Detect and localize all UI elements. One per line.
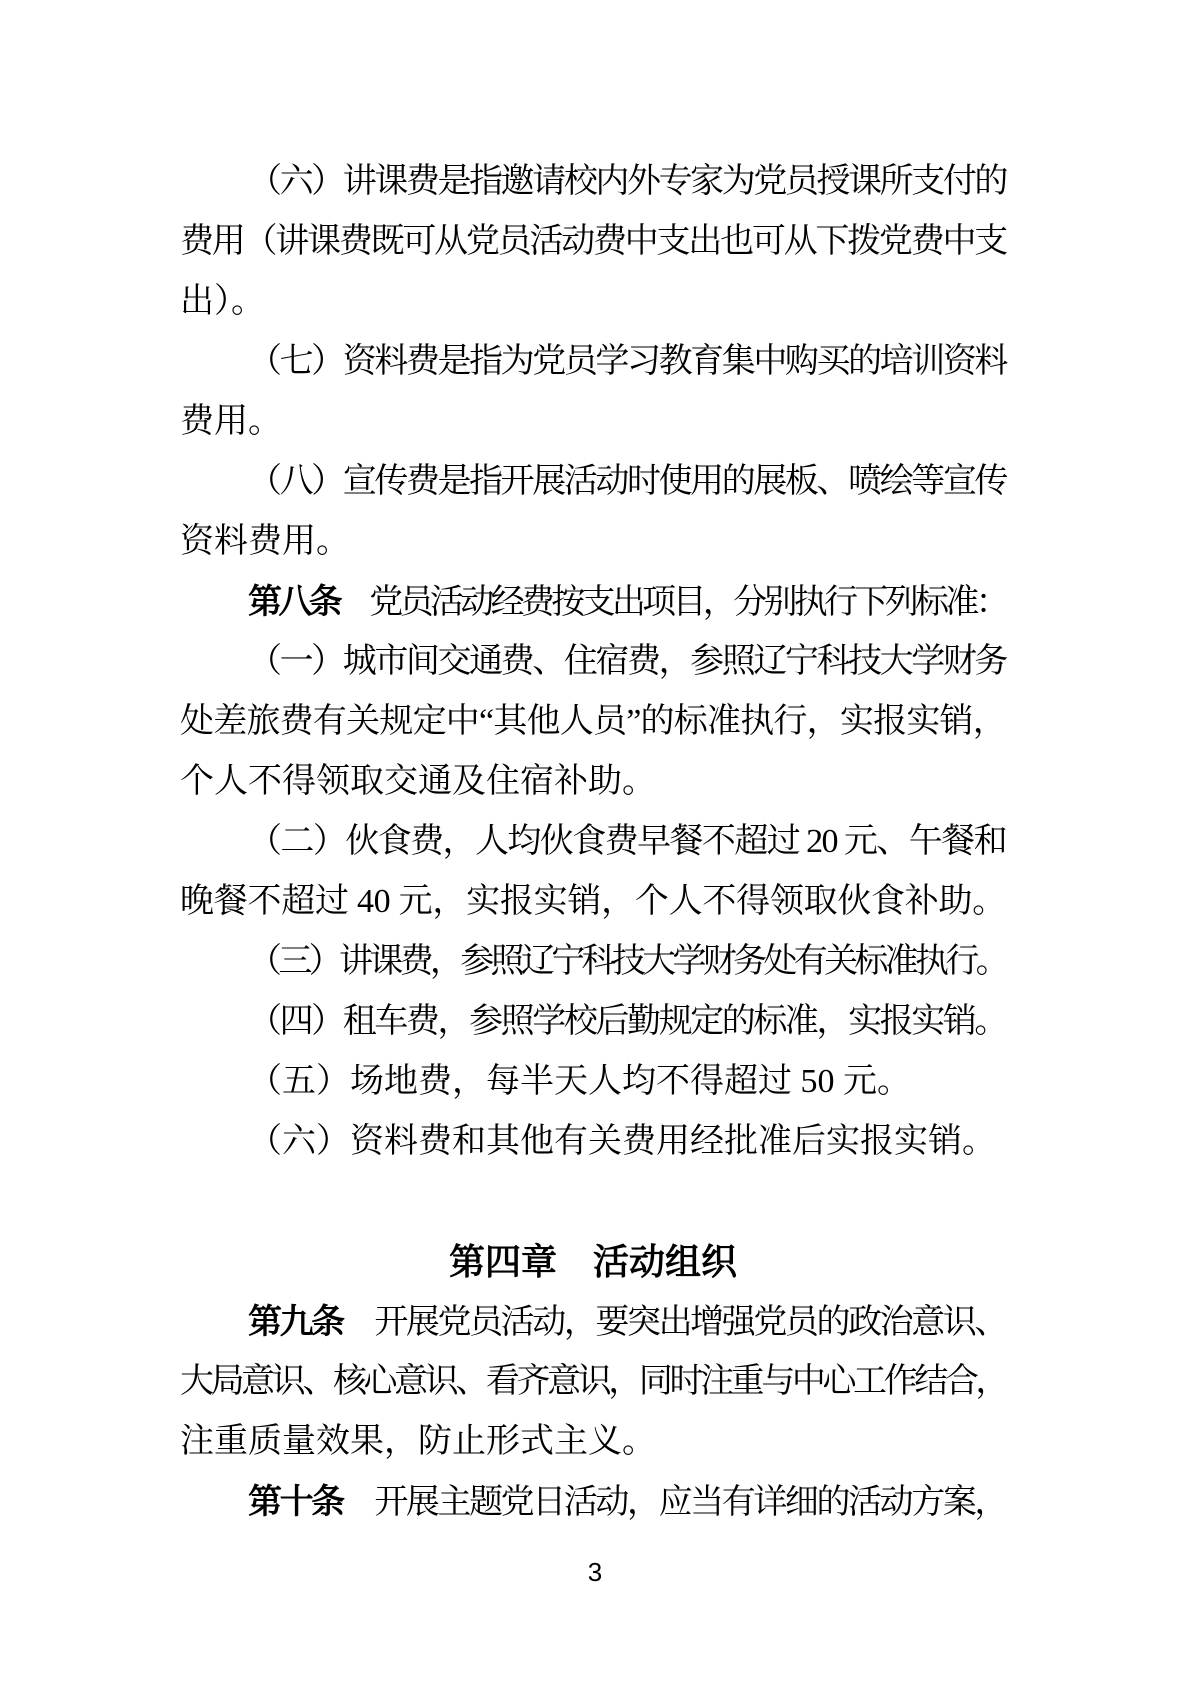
article-line: 第九条 开展党员活动，要突出增强党员的政治意识、 — [180, 1292, 1006, 1352]
text-line: （八）宣传费是指开展活动时使用的展板、喷绘等宣传 — [180, 452, 1006, 512]
text-line: （五）场地费，每半天人均不得超过 50 元。 — [180, 1052, 1006, 1112]
article-line: 第八条 党员活动经费按支出项目，分别执行下列标准： — [180, 572, 1006, 632]
text-line: （二）伙食费，人均伙食费早餐不超过 20 元、午餐和 — [180, 812, 1006, 872]
text-line: 出）。 — [180, 272, 1006, 332]
text-line: 资料费用。 — [180, 512, 1006, 572]
text-line: （四）租车费，参照学校后勤规定的标准，实报实销。 — [180, 992, 1006, 1052]
chapter-heading: 第四章 活动组织 — [180, 1232, 1006, 1292]
text-line: （六）讲课费是指邀请校内外专家为党员授课所支付的 — [180, 152, 1006, 212]
article-number: 第十条 — [248, 1483, 343, 1521]
document-page: （六）讲课费是指邀请校内外专家为党员授课所支付的 费用（讲课费既可从党员活动费中… — [0, 0, 1190, 1683]
article-number: 第八条 — [248, 583, 339, 621]
article-line: 第十条 开展主题党日活动，应当有详细的活动方案， — [180, 1472, 1006, 1532]
text-line: （七）资料费是指为党员学习教育集中购买的培训资料 — [180, 332, 1006, 392]
text-line: 费用。 — [180, 392, 1006, 452]
text-line: 个人不得领取交通及住宿补助。 — [180, 752, 1006, 812]
text-line: 处差旅费有关规定中“其他人员”的标准执行，实报实销， — [180, 692, 1006, 752]
article-number: 第九条 — [248, 1303, 343, 1341]
text-line: 晚餐不超过 40 元，实报实销，个人不得领取伙食补助。 — [180, 872, 1006, 932]
document-body: （六）讲课费是指邀请校内外专家为党员授课所支付的 费用（讲课费既可从党员活动费中… — [180, 152, 1006, 1532]
text-line: （六）资料费和其他有关费用经批准后实报实销。 — [180, 1112, 1006, 1172]
text-line: 注重质量效果，防止形式主义。 — [180, 1412, 1006, 1472]
text-line: 费用（讲课费既可从党员活动费中支出也可从下拨党费中支 — [180, 212, 1006, 272]
text-line: （三）讲课费，参照辽宁科技大学财务处有关标准执行。 — [180, 932, 1006, 992]
text-line: 大局意识、核心意识、看齐意识，同时注重与中心工作结合， — [180, 1352, 1006, 1412]
page-number: 3 — [0, 1556, 1190, 1588]
text-line: （一）城市间交通费、住宿费，参照辽宁科技大学财务 — [180, 632, 1006, 692]
